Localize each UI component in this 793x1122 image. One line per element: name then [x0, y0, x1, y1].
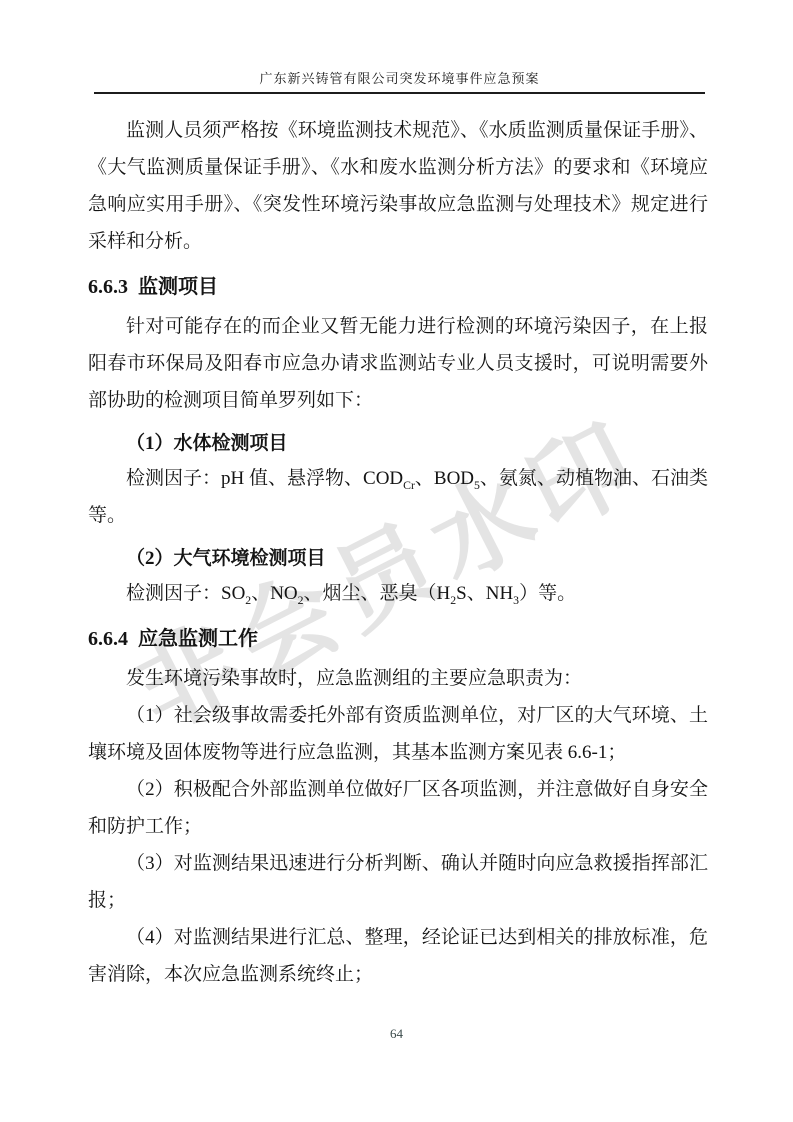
sub-heading-water-items: （1）水体检测项目	[88, 427, 708, 460]
section-heading-663: 6.6.3 监测项目	[88, 270, 708, 304]
paragraph-duty-3: （3）对监测结果迅速进行分析判断、确认并随时向应急救援指挥部汇报；	[88, 845, 708, 919]
paragraph-duty-1: （1）社会级事故需委托外部有资质监测单位，对厂区的大气环境、土壤环境及固体废物等…	[88, 697, 708, 771]
page-footer: 64	[0, 1026, 793, 1042]
paragraph-duty-2: （2）积极配合外部监测单位做好厂区各项监测，并注意做好自身安全和防护工作；	[88, 771, 708, 845]
sub-heading-air-items: （2）大气环境检测项目	[88, 542, 708, 575]
paragraph-monitoring-standards: 监测人员须严格按《环境监测技术规范》、《水质监测质量保证手册》、《大气监测质量保…	[88, 112, 708, 260]
section-heading-664: 6.6.4 应急监测工作	[88, 622, 708, 656]
paragraph-air-factors: 检测因子：SO2、NO2、烟尘、恶臭（H2S、NH3）等。	[88, 575, 708, 612]
paragraph-water-factors: 检测因子：pH 值、悬浮物、CODCr、BOD5、氨氮、动植物油、石油类等。	[88, 460, 708, 534]
paragraph-duty-4: （4）对监测结果进行汇总、整理，经论证已达到相关的排放标准，危害消除，本次应急监…	[88, 919, 708, 993]
page-header: 广东新兴铸管有限公司突发环境事件应急预案	[94, 68, 705, 94]
document-page: 非会员水印 广东新兴铸管有限公司突发环境事件应急预案 监测人员须严格按《环境监测…	[0, 0, 793, 1122]
document-body: 监测人员须严格按《环境监测技术规范》、《水质监测质量保证手册》、《大气监测质量保…	[88, 104, 708, 993]
paragraph-external-assistance: 针对可能存在的而企业又暂无能力进行检测的环境污染因子，在上报阳春市环保局及阳春市…	[88, 308, 708, 419]
header-title: 广东新兴铸管有限公司突发环境事件应急预案	[259, 71, 539, 86]
page-number: 64	[390, 1026, 403, 1041]
paragraph-duties-intro: 发生环境污染事故时，应急监测组的主要应急职责为：	[88, 660, 708, 697]
